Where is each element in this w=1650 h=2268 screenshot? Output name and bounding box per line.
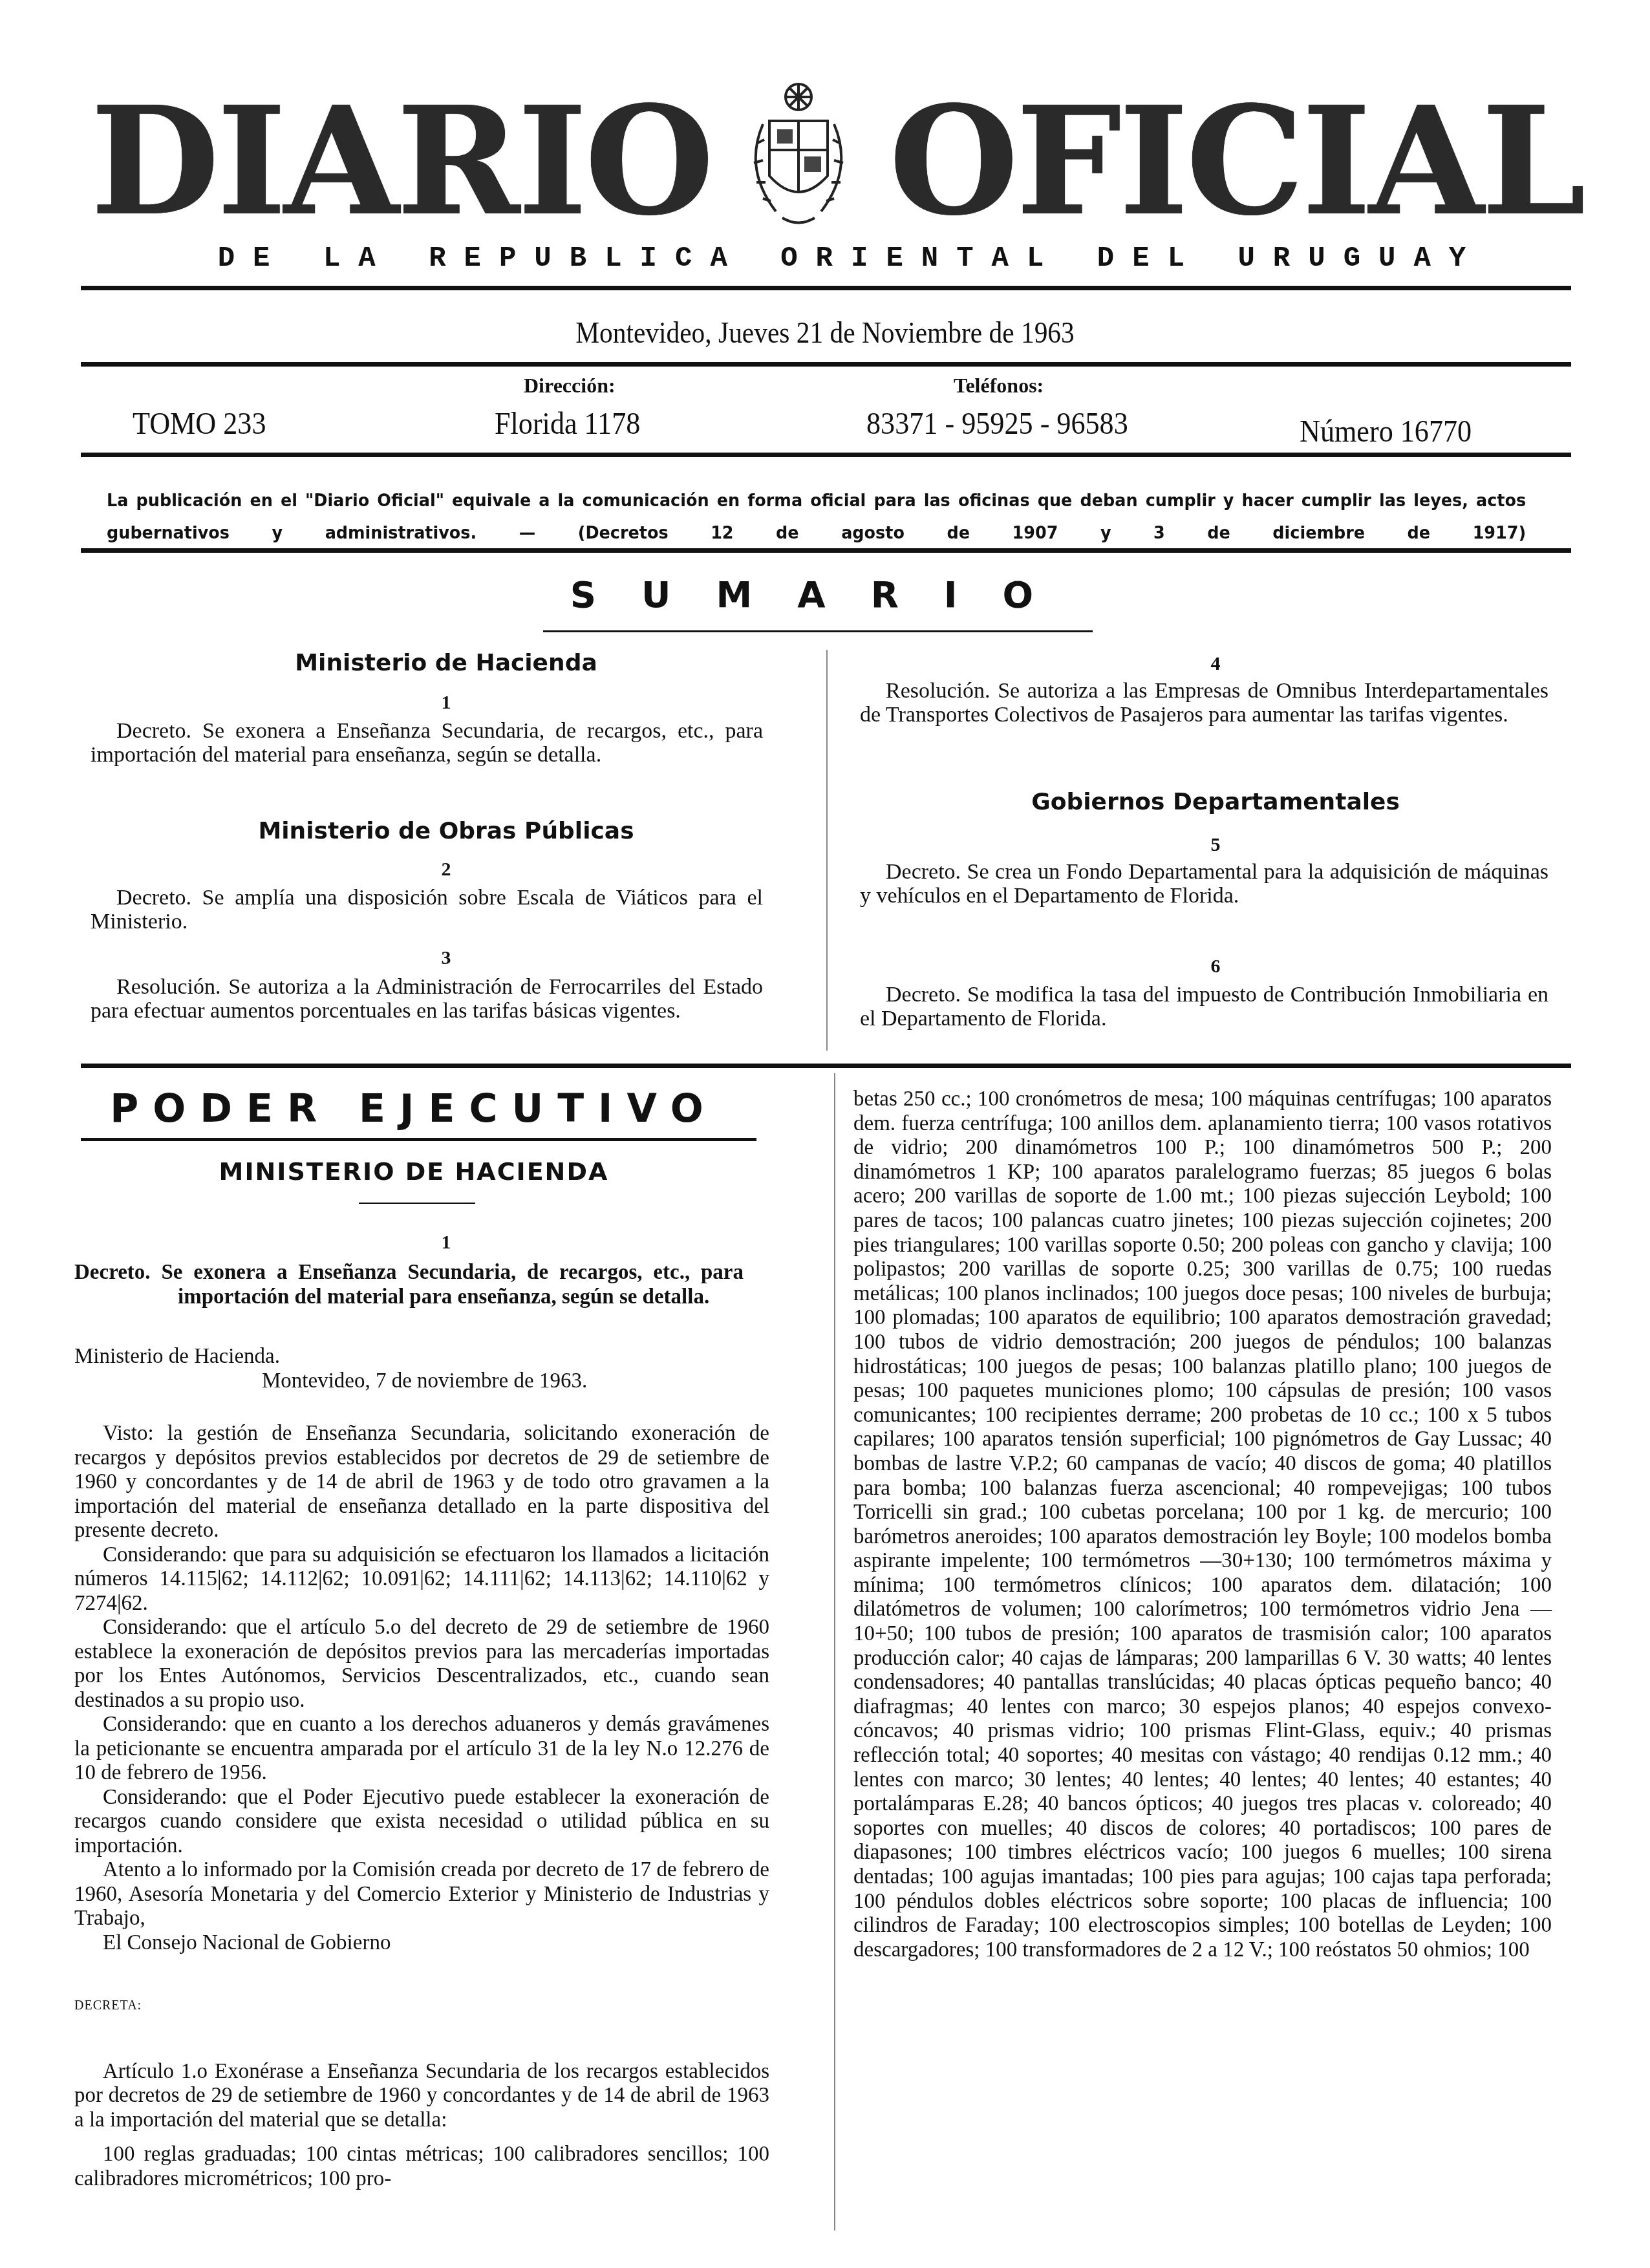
sumario-item-2[interactable]: Decreto. Se amplía una disposición sobre… [91, 886, 763, 934]
issue-number: Número 16770 [1300, 414, 1472, 449]
sumario-item-6[interactable]: Decreto. Se modifica la tasa del impuest… [860, 983, 1548, 1031]
divider [81, 1138, 756, 1141]
masthead-subtitle: DE LA REPUBLICA ORIENTAL DEL URUGUAY [0, 242, 1650, 275]
direccion-label: Dirección: [524, 374, 616, 398]
sumario-heading-gobiernos-departamentales: Gobiernos Departamentales [860, 789, 1571, 815]
sumario-heading-obras-publicas: Ministerio de Obras Públicas [91, 818, 802, 844]
sumario-title: SUMARIO [556, 574, 1093, 616]
atento-paragraph: Atento a lo informado por la Comisión cr… [74, 1858, 769, 1931]
considerando-paragraph: Considerando: que para su adquisición se… [74, 1543, 769, 1616]
telefonos-label: Teléfonos: [954, 374, 1044, 398]
legal-notice: La publicación en el "Diario Oficial" eq… [107, 485, 1526, 550]
divider [81, 548, 1571, 553]
articulo-1: Artículo 1.o Exonérase a Enseñanza Secun… [74, 2060, 769, 2133]
masthead-title-right: OFICIAL [889, 97, 1583, 226]
decree-origin: Ministerio de Hacienda. [74, 1345, 769, 1369]
materials-list-start: 100 reglas graduadas; 100 cintas métrica… [74, 2143, 769, 2191]
sumario-item-4[interactable]: Resolución. Se autoriza a las Empresas d… [860, 679, 1548, 727]
divider [81, 453, 1571, 457]
visto-paragraph: Visto: la gestión de Enseñanza Secundari… [74, 1422, 769, 1543]
issue-date: Montevideo, Jueves 21 de Noviembre de 19… [83, 316, 1568, 350]
considerando-paragraph: Considerando: que el artículo 5.o del de… [74, 1616, 769, 1713]
sumario-item-1[interactable]: Decreto. Se exonera a Enseñanza Secundar… [91, 719, 763, 767]
section-title-poder-ejecutivo: PODER EJECUTIVO [91, 1086, 737, 1131]
divider [359, 1203, 475, 1204]
sumario-item-number: 1 [91, 692, 802, 714]
sumario-item-5[interactable]: Decreto. Se crea un Fondo Departamental … [860, 860, 1548, 908]
left-column-body: Decreto. Se exonera a Enseñanza Secundar… [74, 1261, 769, 2191]
uruguay-coat-of-arms-icon [737, 72, 860, 231]
item-number: 1 [91, 1232, 802, 1254]
sumario-item-number: 5 [860, 834, 1571, 856]
column-divider [834, 1073, 835, 2231]
sumario-item-number: 3 [91, 947, 802, 969]
sumario-item-3[interactable]: Resolución. Se autoriza a la Administrac… [91, 975, 763, 1023]
sumario-heading-hacienda: Ministerio de Hacienda [91, 650, 802, 676]
sumario-item-number: 6 [860, 956, 1571, 978]
telefonos-value: 83371 - 95925 - 96583 [866, 406, 1128, 442]
column-divider [826, 650, 828, 1051]
tomo-number: TOMO 233 [133, 406, 266, 442]
considerando-paragraph: Considerando: que el Poder Ejecutivo pue… [74, 1786, 769, 1859]
decree-place-date: Montevideo, 7 de noviembre de 1963. [74, 1369, 769, 1394]
divider [81, 1064, 1571, 1068]
divider [543, 630, 1093, 632]
considerando-paragraph: Considerando: que en cuanto a los derech… [74, 1713, 769, 1786]
materials-list-continued: betas 250 cc.; 100 cronómetros de mesa; … [853, 1087, 1552, 1962]
ministry-title: MINISTERIO DE HACIENDA [91, 1157, 737, 1186]
divider [81, 362, 1571, 367]
divider [81, 286, 1571, 290]
decreta-heading: DECRETA: [74, 1994, 769, 2018]
direccion-value: Florida 1178 [495, 406, 640, 442]
consejo-line: El Consejo Nacional de Gobierno [74, 1931, 769, 1956]
masthead-title-left: DIARIO [91, 97, 712, 226]
sumario-item-number: 2 [91, 859, 802, 881]
decree-summary: Decreto. Se exonera a Enseñanza Secundar… [74, 1261, 744, 1309]
sumario-item-number: 4 [860, 653, 1571, 675]
